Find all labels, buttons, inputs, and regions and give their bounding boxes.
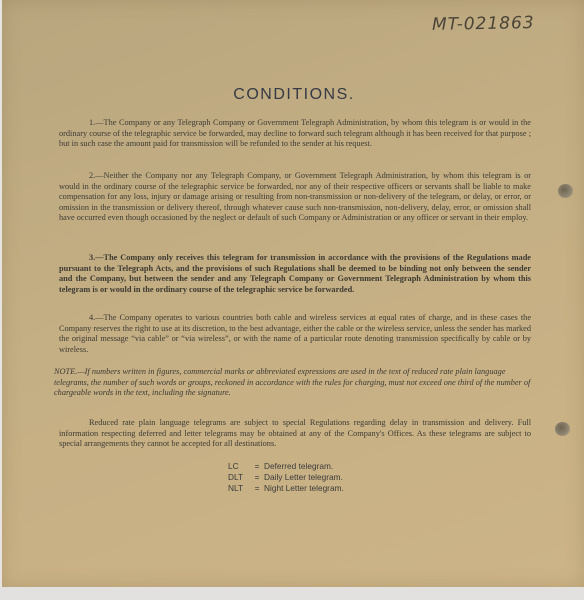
equals-sign: = [250, 472, 264, 483]
note-text: —If numbers written in figures, commerci… [54, 367, 530, 397]
scan-background-strip [0, 587, 584, 600]
abbreviation-meaning: Night Letter telegram. [264, 483, 344, 494]
document-title: CONDITIONS. [2, 86, 584, 104]
abbreviation-row: NLT = Night Letter telegram. [228, 483, 344, 494]
equals-sign: = [250, 483, 264, 494]
reduced-rate-paragraph: Reduced rate plain language telegrams ar… [59, 418, 531, 450]
abbreviation-list: LC = Deferred telegram. DLT = Daily Lett… [228, 461, 344, 494]
condition-4: 4.—The Company operates to various count… [59, 313, 531, 355]
condition-text: —The Company operates to various countri… [59, 313, 531, 354]
abbreviation-code: NLT [228, 483, 250, 494]
telegram-form-back: MT-021863 CONDITIONS. 1.—The Company or … [2, 0, 584, 587]
note-block: NOTE.—If numbers written in figures, com… [54, 367, 532, 399]
abbreviation-code: DLT [228, 472, 250, 483]
condition-text: —The Company or any Telegraph Company or… [59, 118, 531, 148]
abbreviation-meaning: Daily Letter telegram. [264, 472, 343, 483]
abbreviation-row: DLT = Daily Letter telegram. [228, 472, 344, 483]
punch-hole-upper [558, 184, 573, 198]
condition-text: —The Company only receives this telegram… [59, 253, 531, 294]
abbreviation-row: LC = Deferred telegram. [228, 461, 344, 472]
handwritten-reference-number: MT-021863 [432, 13, 535, 35]
condition-text: —Neither the Company nor any Telegraph C… [59, 171, 531, 222]
abbreviation-meaning: Deferred telegram. [264, 461, 333, 472]
abbreviation-code: LC [228, 461, 250, 472]
punch-hole-lower [555, 422, 570, 436]
condition-1: 1.—The Company or any Telegraph Company … [59, 118, 531, 150]
condition-3: 3.—The Company only receives this telegr… [59, 253, 531, 295]
note-label: NOTE. [54, 367, 77, 376]
condition-2: 2.—Neither the Company nor any Telegraph… [59, 171, 531, 224]
equals-sign: = [250, 461, 264, 472]
